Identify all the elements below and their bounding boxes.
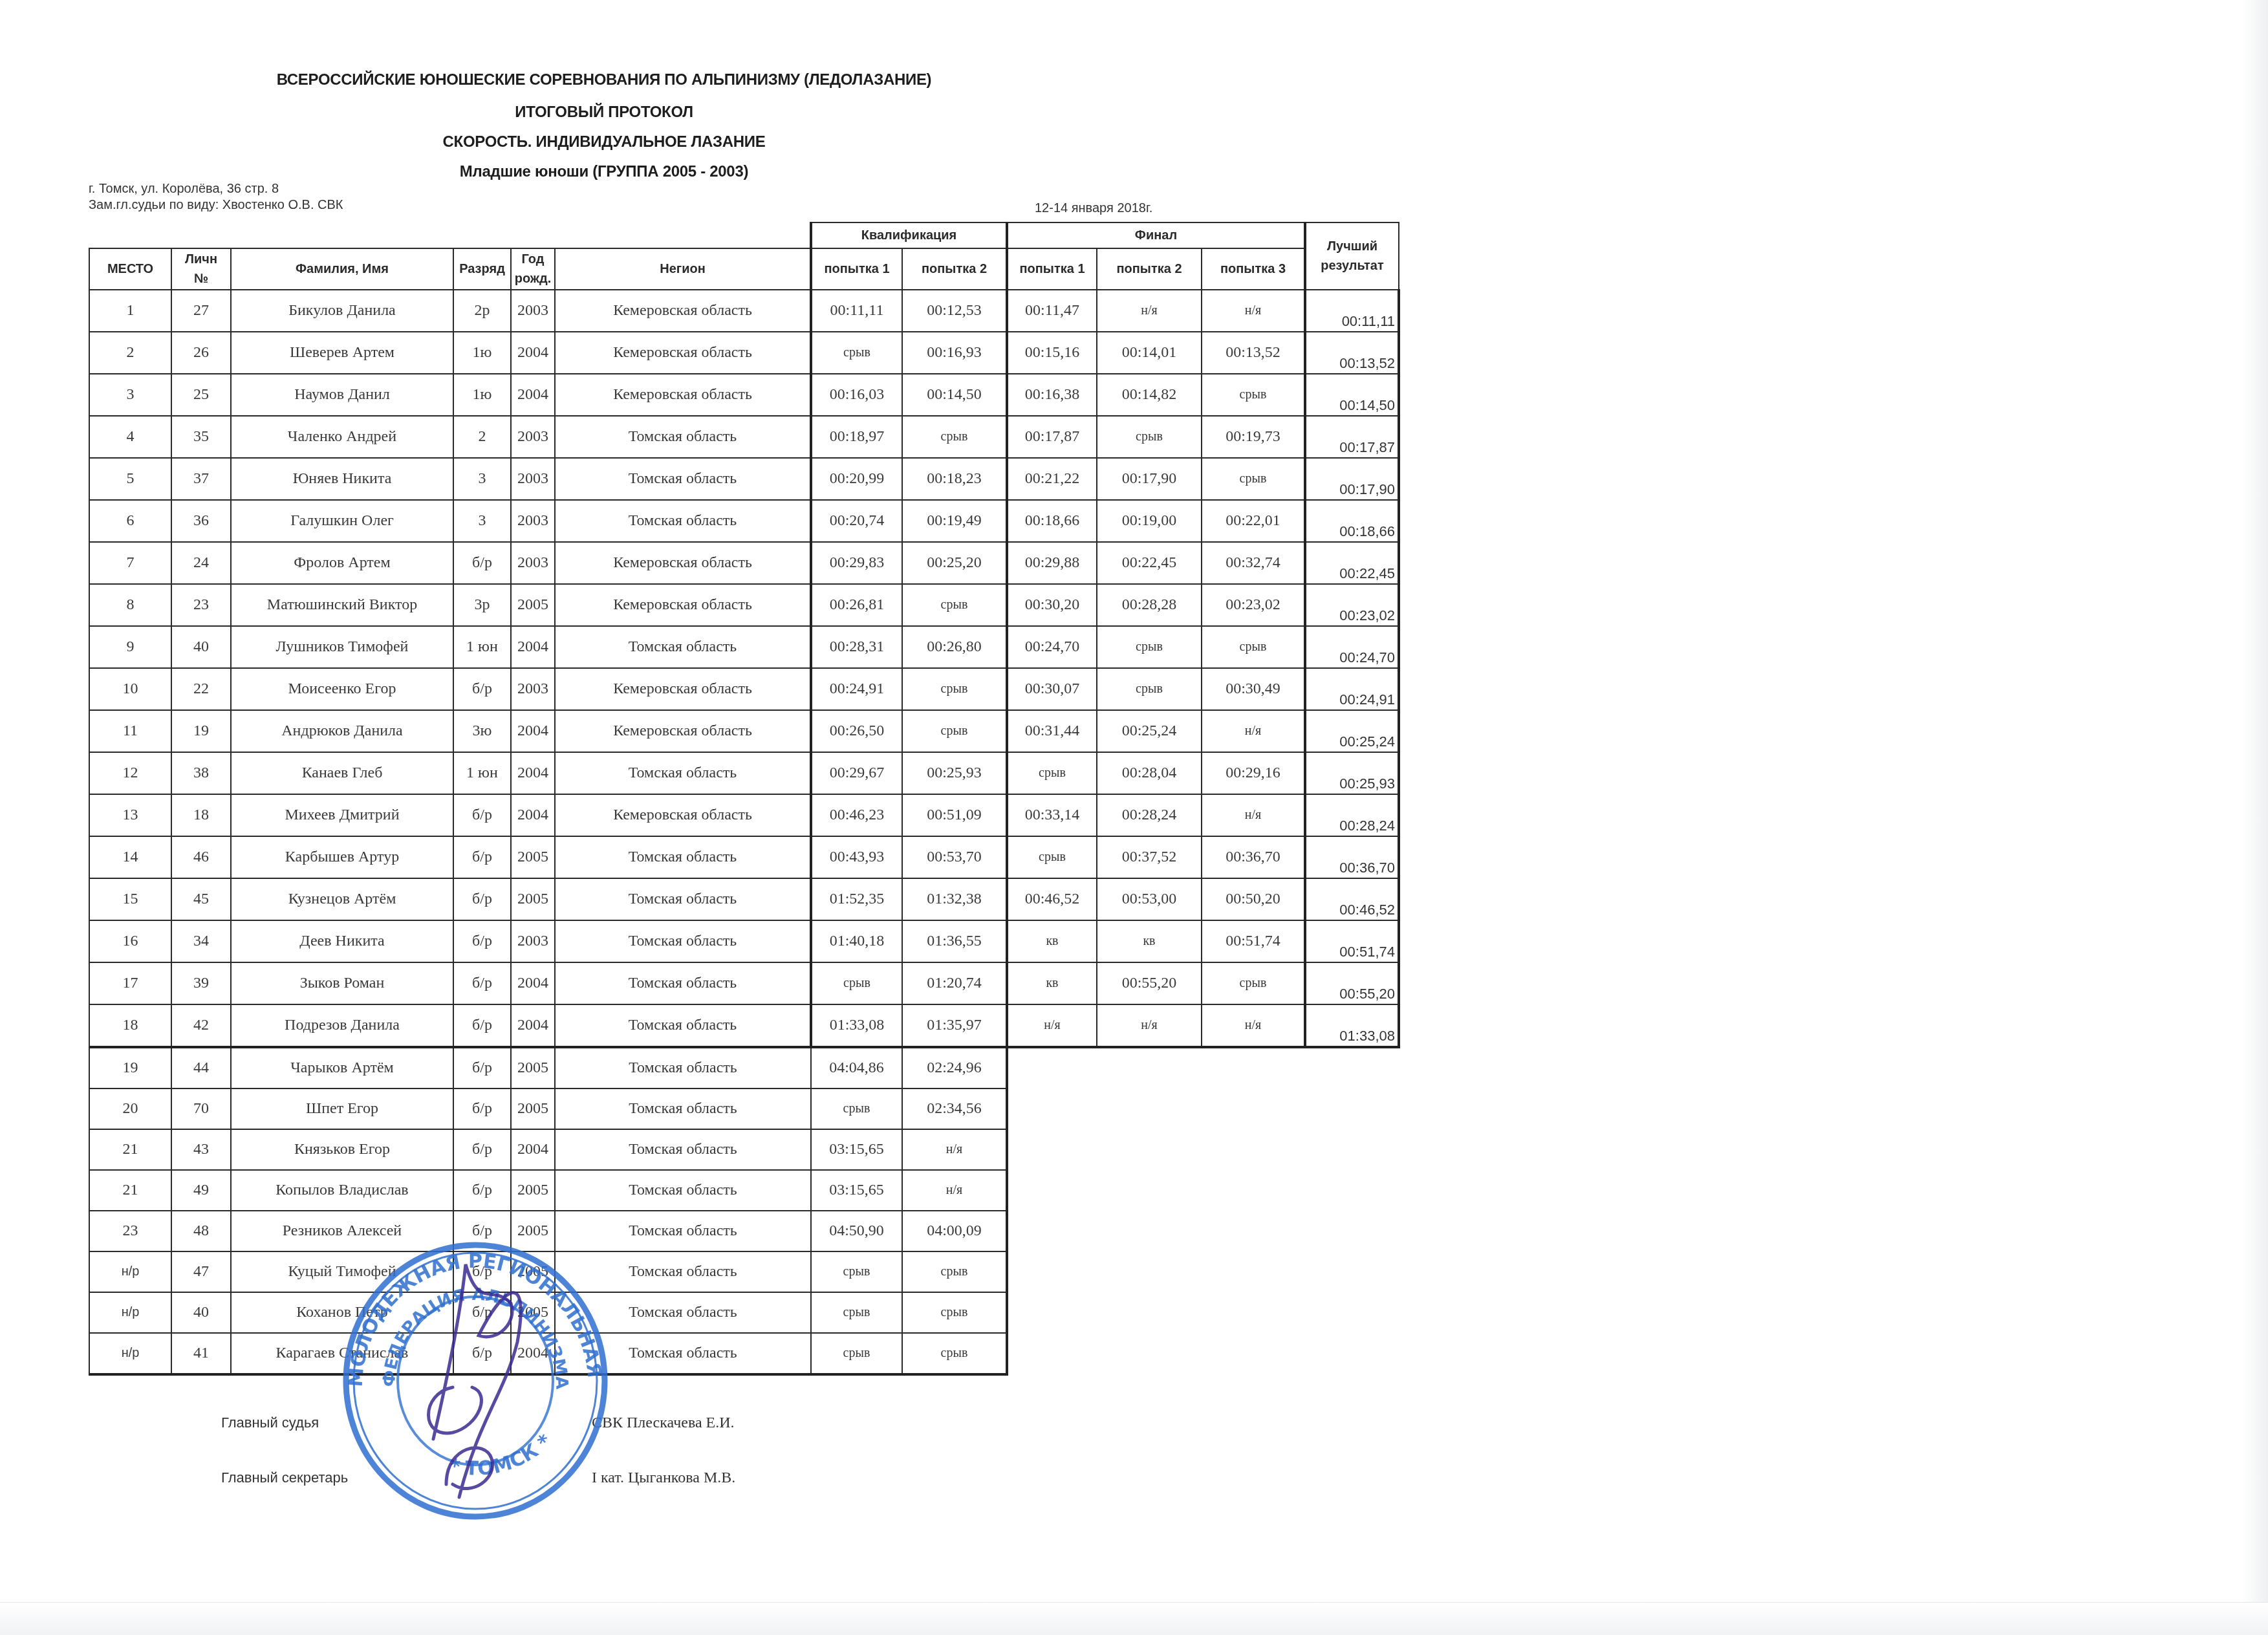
number-cell: 18 <box>171 794 231 836</box>
venue-address: г. Томск, ул. Королёва, 36 стр. 8 <box>89 182 279 197</box>
name-cell: Чаленко Андрей <box>231 416 453 458</box>
f-attempt1-cell: кв <box>1007 962 1097 1004</box>
place-cell: 8 <box>89 584 171 626</box>
name-cell: Карагаев Станислав <box>231 1333 453 1374</box>
table-row: 1446Карбышев Артурб/р2005Томская область… <box>89 836 1399 878</box>
f-attempt1-header: попытка 1 <box>1007 248 1097 290</box>
region-cell: Кемеровская область <box>555 332 811 374</box>
competition-title: ВСЕРОССИЙСКИЕ ЮНОШЕСКИЕ СОРЕВНОВАНИЯ ПО … <box>0 71 1208 89</box>
empty-area <box>1007 1251 1399 1292</box>
table-row: 537Юняев Никита32003Томская область00:20… <box>89 458 1399 500</box>
q-attempt2-cell: срыв <box>902 1292 1007 1333</box>
rank-cell: б/р <box>453 1129 511 1170</box>
place-cell: н/р <box>89 1251 171 1292</box>
name-cell: Матюшинский Виктор <box>231 584 453 626</box>
rank-cell: б/р <box>453 1251 511 1292</box>
header-spacer <box>89 222 811 248</box>
f-attempt3-cell: срыв <box>1202 374 1305 416</box>
f-attempt3-cell: срыв <box>1202 962 1305 1004</box>
place-cell: 4 <box>89 416 171 458</box>
year-cell: 2005 <box>511 1292 555 1333</box>
name-cell: Резников Алексей <box>231 1211 453 1251</box>
qualification-header: Квалификация <box>811 222 1007 248</box>
q-attempt1-cell: 00:16,03 <box>811 374 902 416</box>
year-cell: 2005 <box>511 1211 555 1251</box>
f-attempt1-cell: 00:18,66 <box>1007 500 1097 542</box>
f-attempt1-cell: 00:33,14 <box>1007 794 1097 836</box>
rank-cell: б/р <box>453 1170 511 1211</box>
table-row: 1318Михеев Дмитрийб/р2004Кемеровская обл… <box>89 794 1399 836</box>
name-cell: Андрюков Данила <box>231 710 453 752</box>
rank-cell: б/р <box>453 878 511 920</box>
q-attempt2-cell: 00:14,50 <box>902 374 1007 416</box>
place-cell: 12 <box>89 752 171 794</box>
region-cell: Томская область <box>555 1004 811 1047</box>
name-cell: Князьков Егор <box>231 1129 453 1170</box>
number-cell: 38 <box>171 752 231 794</box>
place-cell: 20 <box>89 1088 171 1129</box>
number-line1: Личн <box>172 250 230 269</box>
name-cell: Юняев Никита <box>231 458 453 500</box>
table-row: 127Бикулов Данила2р2003Кемеровская облас… <box>89 290 1399 332</box>
f-attempt3-cell: 00:50,20 <box>1202 878 1305 920</box>
f-attempt1-cell: 00:15,16 <box>1007 332 1097 374</box>
empty-area <box>1007 1047 1399 1088</box>
rank-cell: б/р <box>453 1004 511 1047</box>
region-cell: Кемеровская область <box>555 290 811 332</box>
place-header: МЕСТО <box>89 248 171 290</box>
year-cell: 2003 <box>511 668 555 710</box>
year-cell: 2004 <box>511 626 555 668</box>
rank-cell: б/р <box>453 836 511 878</box>
q-attempt2-cell: срыв <box>902 668 1007 710</box>
year-cell: 2004 <box>511 1004 555 1047</box>
name-cell: Фролов Артем <box>231 542 453 584</box>
number-cell: 46 <box>171 836 231 878</box>
name-cell: Зыков Роман <box>231 962 453 1004</box>
chief-judge-name: СВК Плескачева Е.И. <box>592 1414 735 1432</box>
name-cell: Бикулов Данила <box>231 290 453 332</box>
best-line2: результат <box>1306 256 1398 276</box>
number-cell: 39 <box>171 962 231 1004</box>
f-attempt3-cell: срыв <box>1202 458 1305 500</box>
q-attempt1-cell: 00:29,67 <box>811 752 902 794</box>
rank-cell: б/р <box>453 1211 511 1251</box>
f-attempt3-cell: 00:32,74 <box>1202 542 1305 584</box>
region-cell: Томская область <box>555 1251 811 1292</box>
year-line1: Год <box>512 250 554 269</box>
region-cell: Томская область <box>555 878 811 920</box>
name-cell: Моисеенко Егор <box>231 668 453 710</box>
number-cell: 40 <box>171 1292 231 1333</box>
place-cell: 17 <box>89 962 171 1004</box>
q-attempt1-cell: 00:46,23 <box>811 794 902 836</box>
rank-cell: б/р <box>453 1292 511 1333</box>
year-cell: 2003 <box>511 542 555 584</box>
table-row: 1545Кузнецов Артёмб/р2005Томская область… <box>89 878 1399 920</box>
region-cell: Томская область <box>555 1129 811 1170</box>
place-cell: 11 <box>89 710 171 752</box>
discipline-title: СКОРОСТЬ. ИНДИВИДУАЛЬНОЕ ЛАЗАНИЕ <box>0 133 1208 151</box>
best-result-cell: 00:46,52 <box>1305 878 1399 920</box>
region-cell: Томская область <box>555 1333 811 1374</box>
table-row: 2149Копылов Владиславб/р2005Томская обла… <box>89 1170 1399 1211</box>
place-cell: 3 <box>89 374 171 416</box>
q-attempt1-cell: срыв <box>811 962 902 1004</box>
rank-cell: б/р <box>453 1333 511 1374</box>
f-attempt1-cell: 00:46,52 <box>1007 878 1097 920</box>
q-attempt2-cell: 01:32,38 <box>902 878 1007 920</box>
name-cell: Канаев Глеб <box>231 752 453 794</box>
table-row: 2143Князьков Егорб/р2004Томская область0… <box>89 1129 1399 1170</box>
q-attempt1-cell: 00:29,83 <box>811 542 902 584</box>
q-attempt2-cell: 00:53,70 <box>902 836 1007 878</box>
table-row: н/р47Куцый Тимофейб/р2005Томская область… <box>89 1251 1399 1292</box>
year-cell: 2004 <box>511 1129 555 1170</box>
q-attempt1-cell: срыв <box>811 1088 902 1129</box>
table-row: 940Лушников Тимофей1 юн2004Томская облас… <box>89 626 1399 668</box>
q-attempt1-cell: 00:28,31 <box>811 626 902 668</box>
q-attempt1-header: попытка 1 <box>811 248 902 290</box>
number-cell: 49 <box>171 1170 231 1211</box>
chief-secretary-name: I кат. Цыганкова М.В. <box>592 1469 735 1487</box>
name-cell: Чарыков Артём <box>231 1047 453 1088</box>
q-attempt2-header: попытка 2 <box>902 248 1007 290</box>
f-attempt3-cell: 00:23,02 <box>1202 584 1305 626</box>
name-cell: Наумов Данил <box>231 374 453 416</box>
q-attempt1-cell: 03:15,65 <box>811 1170 902 1211</box>
number-cell: 42 <box>171 1004 231 1047</box>
best-result-cell: 00:24,70 <box>1305 626 1399 668</box>
q-attempt1-cell: 00:18,97 <box>811 416 902 458</box>
q-attempt2-cell: срыв <box>902 710 1007 752</box>
q-attempt2-cell: 00:18,23 <box>902 458 1007 500</box>
number-cell: 37 <box>171 458 231 500</box>
best-result-cell: 00:17,90 <box>1305 458 1399 500</box>
q-attempt1-cell: 00:24,91 <box>811 668 902 710</box>
year-cell: 2005 <box>511 584 555 626</box>
region-cell: Кемеровская область <box>555 710 811 752</box>
f-attempt1-cell: 00:11,47 <box>1007 290 1097 332</box>
q-attempt1-cell: срыв <box>811 1251 902 1292</box>
place-cell: 7 <box>89 542 171 584</box>
chief-judge-label: Главный судья <box>221 1414 319 1431</box>
f-attempt3-header: попытка 3 <box>1202 248 1305 290</box>
empty-area <box>1007 1292 1399 1333</box>
best-result-cell: 00:24,91 <box>1305 668 1399 710</box>
q-attempt2-cell: срыв <box>902 1251 1007 1292</box>
rank-cell: 3 <box>453 458 511 500</box>
final-header: Финал <box>1007 222 1305 248</box>
year-cell: 2005 <box>511 1251 555 1292</box>
best-result-cell: 00:17,87 <box>1305 416 1399 458</box>
f-attempt2-cell: кв <box>1097 920 1202 962</box>
q-attempt2-cell: 01:36,55 <box>902 920 1007 962</box>
q-attempt1-cell: 00:43,93 <box>811 836 902 878</box>
group-title: Младшие юноши (ГРУППА 2005 - 2003) <box>0 163 1208 181</box>
q-attempt1-cell: 01:33,08 <box>811 1004 902 1047</box>
f-attempt1-cell: 00:30,20 <box>1007 584 1097 626</box>
f-attempt3-cell: н/я <box>1202 710 1305 752</box>
rank-cell: б/р <box>453 794 511 836</box>
region-cell: Томская область <box>555 1088 811 1129</box>
f-attempt3-cell: 00:29,16 <box>1202 752 1305 794</box>
deputy-judge: Зам.гл.судьи по виду: Хвостенко О.В. СВК <box>89 198 343 213</box>
empty-area <box>1007 1211 1399 1251</box>
number-cell: 24 <box>171 542 231 584</box>
rank-cell: 3 <box>453 500 511 542</box>
rank-cell: 1 юн <box>453 752 511 794</box>
place-cell: 9 <box>89 626 171 668</box>
f-attempt1-cell: срыв <box>1007 752 1097 794</box>
year-cell: 2005 <box>511 1047 555 1088</box>
scan-edge-shadow <box>2242 0 2268 1635</box>
f-attempt3-cell: н/я <box>1202 290 1305 332</box>
place-cell: 21 <box>89 1170 171 1211</box>
year-cell: 2004 <box>511 332 555 374</box>
place-cell: 5 <box>89 458 171 500</box>
table-row: 435Чаленко Андрей22003Томская область00:… <box>89 416 1399 458</box>
best-result-cell: 00:23,02 <box>1305 584 1399 626</box>
best-result-cell: 00:13,52 <box>1305 332 1399 374</box>
f-attempt2-cell: 00:28,04 <box>1097 752 1202 794</box>
q-attempt2-cell: 01:20,74 <box>902 962 1007 1004</box>
q-attempt1-cell: 04:04,86 <box>811 1047 902 1088</box>
f-attempt3-cell: 00:19,73 <box>1202 416 1305 458</box>
rank-cell: 2р <box>453 290 511 332</box>
table-row: 1842Подрезов Данилаб/р2004Томская област… <box>89 1004 1399 1047</box>
f-attempt1-cell: 00:30,07 <box>1007 668 1097 710</box>
f-attempt2-cell: срыв <box>1097 626 1202 668</box>
q-attempt1-cell: срыв <box>811 1333 902 1374</box>
year-cell: 2004 <box>511 794 555 836</box>
number-cell: 35 <box>171 416 231 458</box>
q-attempt2-cell: срыв <box>902 416 1007 458</box>
best-result-cell: 00:28,24 <box>1305 794 1399 836</box>
region-cell: Томская область <box>555 1170 811 1211</box>
f-attempt3-cell: 00:13,52 <box>1202 332 1305 374</box>
f-attempt1-cell: срыв <box>1007 836 1097 878</box>
f-attempt2-cell: 00:14,01 <box>1097 332 1202 374</box>
f-attempt2-cell: н/я <box>1097 1004 1202 1047</box>
table-row: 1022Моисеенко Егорб/р2003Кемеровская обл… <box>89 668 1399 710</box>
name-cell: Шеверев Артем <box>231 332 453 374</box>
number-cell: 40 <box>171 626 231 668</box>
scan-bottom-edge <box>0 1602 2268 1635</box>
rank-header: Разряд <box>453 248 511 290</box>
region-cell: Томская область <box>555 1211 811 1251</box>
f-attempt2-cell: 00:22,45 <box>1097 542 1202 584</box>
number-cell: 22 <box>171 668 231 710</box>
f-attempt3-cell: 00:36,70 <box>1202 836 1305 878</box>
place-cell: 10 <box>89 668 171 710</box>
q-attempt2-cell: 02:24,96 <box>902 1047 1007 1088</box>
f-attempt3-cell: срыв <box>1202 626 1305 668</box>
f-attempt1-cell: 00:17,87 <box>1007 416 1097 458</box>
number-cell: 36 <box>171 500 231 542</box>
best-result-cell: 00:14,50 <box>1305 374 1399 416</box>
place-cell: 15 <box>89 878 171 920</box>
best-result-cell: 00:25,93 <box>1305 752 1399 794</box>
best-result-cell: 00:51,74 <box>1305 920 1399 962</box>
f-attempt2-cell: 00:17,90 <box>1097 458 1202 500</box>
table-row: 2348Резников Алексейб/р2005Томская облас… <box>89 1211 1399 1251</box>
year-cell: 2005 <box>511 878 555 920</box>
year-cell: 2005 <box>511 1088 555 1129</box>
region-cell: Томская область <box>555 1292 811 1333</box>
q-attempt1-cell: 00:26,50 <box>811 710 902 752</box>
year-cell: 2004 <box>511 374 555 416</box>
f-attempt1-cell: 00:21,22 <box>1007 458 1097 500</box>
best-result-cell: 00:18,66 <box>1305 500 1399 542</box>
f-attempt3-cell: 00:22,01 <box>1202 500 1305 542</box>
q-attempt2-cell: срыв <box>902 1333 1007 1374</box>
table-row: 1739Зыков Романб/р2004Томская областьсры… <box>89 962 1399 1004</box>
best-line1: Лучший <box>1306 237 1398 256</box>
year-cell: 2004 <box>511 752 555 794</box>
q-attempt2-cell: 00:25,93 <box>902 752 1007 794</box>
table-row: 636Галушкин Олег32003Томская область00:2… <box>89 500 1399 542</box>
region-cell: Томская область <box>555 458 811 500</box>
q-attempt2-cell: н/я <box>902 1170 1007 1211</box>
table-row: н/р41Карагаев Станиславб/р2004Томская об… <box>89 1333 1399 1374</box>
name-cell: Подрезов Данила <box>231 1004 453 1047</box>
name-cell: Деев Никита <box>231 920 453 962</box>
f-attempt1-cell: н/я <box>1007 1004 1097 1047</box>
year-cell: 2003 <box>511 500 555 542</box>
q-attempt1-cell: 01:40,18 <box>811 920 902 962</box>
svg-text:* ТОМСК *: * ТОМСК * <box>448 1430 556 1480</box>
q-attempt1-cell: 04:50,90 <box>811 1211 902 1251</box>
place-cell: 23 <box>89 1211 171 1251</box>
number-cell: 44 <box>171 1047 231 1088</box>
f-attempt2-cell: 00:25,24 <box>1097 710 1202 752</box>
f-attempt1-cell: 00:16,38 <box>1007 374 1097 416</box>
name-header: Фамилия, Имя <box>231 248 453 290</box>
year-header: Год рожд. <box>511 248 555 290</box>
table-row: 226Шеверев Артем1ю2004Кемеровская област… <box>89 332 1399 374</box>
q-attempt2-cell: 00:12,53 <box>902 290 1007 332</box>
q-attempt2-cell: 00:16,93 <box>902 332 1007 374</box>
q-attempt1-cell: 03:15,65 <box>811 1129 902 1170</box>
year-cell: 2004 <box>511 710 555 752</box>
name-cell: Карбышев Артур <box>231 836 453 878</box>
year-cell: 2004 <box>511 962 555 1004</box>
best-result-cell: 00:22,45 <box>1305 542 1399 584</box>
region-cell: Томская область <box>555 626 811 668</box>
competition-date: 12-14 января 2018г. <box>1035 201 1152 216</box>
best-result-cell: 00:11,11 <box>1305 290 1399 332</box>
rank-cell: б/р <box>453 542 511 584</box>
year-cell: 2003 <box>511 920 555 962</box>
number-line2: № <box>172 269 230 288</box>
chief-secretary-label: Главный секретарь <box>221 1469 348 1486</box>
f-attempt3-cell: н/я <box>1202 794 1305 836</box>
region-cell: Кемеровская область <box>555 542 811 584</box>
empty-area <box>1007 1088 1399 1129</box>
name-cell: Михеев Дмитрий <box>231 794 453 836</box>
table-row: 724Фролов Артемб/р2003Кемеровская област… <box>89 542 1399 584</box>
place-cell: 2 <box>89 332 171 374</box>
best-result-header: Лучший результат <box>1305 222 1399 290</box>
region-cell: Томская область <box>555 752 811 794</box>
results-table: Квалификация Финал Лучший результат МЕСТ… <box>89 222 1400 1376</box>
name-cell: Кузнецов Артём <box>231 878 453 920</box>
rank-cell: 3ю <box>453 710 511 752</box>
q-attempt1-cell: 01:52,35 <box>811 878 902 920</box>
f-attempt2-cell: срыв <box>1097 416 1202 458</box>
place-cell: 21 <box>89 1129 171 1170</box>
place-cell: 6 <box>89 500 171 542</box>
number-cell: 23 <box>171 584 231 626</box>
name-cell: Галушкин Олег <box>231 500 453 542</box>
best-result-cell: 01:33,08 <box>1305 1004 1399 1047</box>
name-cell: Шпет Егор <box>231 1088 453 1129</box>
number-cell: 48 <box>171 1211 231 1251</box>
table-row: 1944Чарыков Артёмб/р2005Томская область0… <box>89 1047 1399 1088</box>
rank-cell: 1 юн <box>453 626 511 668</box>
region-cell: Томская область <box>555 416 811 458</box>
f-attempt2-header: попытка 2 <box>1097 248 1202 290</box>
table-row: 1119Андрюков Данила3ю2004Кемеровская обл… <box>89 710 1399 752</box>
q-attempt1-cell: срыв <box>811 1292 902 1333</box>
region-cell: Кемеровская область <box>555 794 811 836</box>
f-attempt2-cell: срыв <box>1097 668 1202 710</box>
f-attempt2-cell: 00:28,24 <box>1097 794 1202 836</box>
region-cell: Кемеровская область <box>555 374 811 416</box>
rank-cell: б/р <box>453 1088 511 1129</box>
rank-cell: б/р <box>453 668 511 710</box>
q-attempt2-cell: срыв <box>902 584 1007 626</box>
f-attempt3-cell: 00:30,49 <box>1202 668 1305 710</box>
name-cell: Коханов Петр <box>231 1292 453 1333</box>
f-attempt2-cell: 00:14,82 <box>1097 374 1202 416</box>
year-cell: 2003 <box>511 416 555 458</box>
rank-cell: б/р <box>453 920 511 962</box>
empty-area <box>1007 1129 1399 1170</box>
rank-cell: б/р <box>453 1047 511 1088</box>
q-attempt1-cell: 00:11,11 <box>811 290 902 332</box>
table-row: 2070Шпет Егорб/р2005Томская областьсрыв0… <box>89 1088 1399 1129</box>
region-cell: Томская область <box>555 1047 811 1088</box>
year-line2: рожд. <box>512 269 554 288</box>
number-cell: 70 <box>171 1088 231 1129</box>
place-cell: 18 <box>89 1004 171 1047</box>
f-attempt2-cell: 00:53,00 <box>1097 878 1202 920</box>
year-cell: 2005 <box>511 836 555 878</box>
f-attempt1-cell: 00:24,70 <box>1007 626 1097 668</box>
q-attempt1-cell: срыв <box>811 332 902 374</box>
place-cell: 19 <box>89 1047 171 1088</box>
f-attempt1-cell: 00:31,44 <box>1007 710 1097 752</box>
number-cell: 19 <box>171 710 231 752</box>
q-attempt2-cell: н/я <box>902 1129 1007 1170</box>
table-row: 1634Деев Никитаб/р2003Томская область01:… <box>89 920 1399 962</box>
best-result-cell: 00:55,20 <box>1305 962 1399 1004</box>
f-attempt2-cell: н/я <box>1097 290 1202 332</box>
number-cell: 45 <box>171 878 231 920</box>
q-attempt1-cell: 00:20,99 <box>811 458 902 500</box>
number-cell: 26 <box>171 332 231 374</box>
rank-cell: 1ю <box>453 374 511 416</box>
q-attempt2-cell: 00:25,20 <box>902 542 1007 584</box>
place-cell: н/р <box>89 1292 171 1333</box>
empty-area <box>1007 1170 1399 1211</box>
best-result-cell: 00:36,70 <box>1305 836 1399 878</box>
f-attempt2-cell: 00:28,28 <box>1097 584 1202 626</box>
year-cell: 2003 <box>511 458 555 500</box>
number-cell: 34 <box>171 920 231 962</box>
